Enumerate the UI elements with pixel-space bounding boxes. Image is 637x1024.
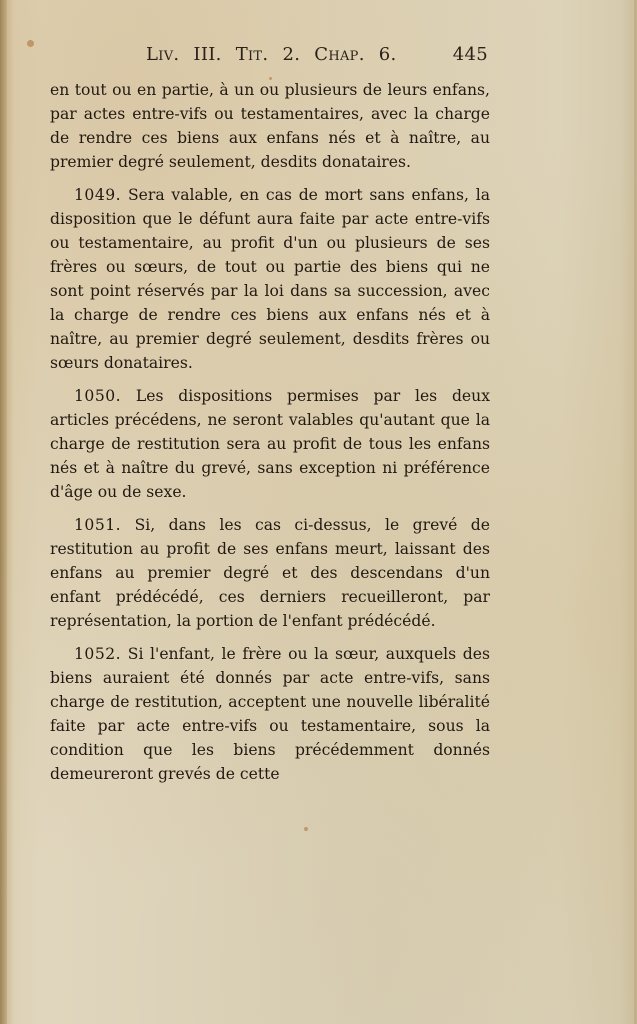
paragraph-text: en tout ou en partie, à un ou plusieurs … (50, 81, 490, 171)
article-number: 1050. (74, 387, 121, 405)
article-number: 1052. (74, 645, 121, 663)
article-text: Si l'enfant, le frère ou la sœur, auxque… (50, 645, 490, 783)
article-number: 1051. (74, 516, 121, 534)
article-1051: 1051. Si, dans les cas ci-dessus, le gre… (50, 513, 490, 633)
paragraph-continuation: en tout ou en partie, à un ou plusieurs … (50, 78, 490, 174)
book-page: Liv. III. Tit. 2. Chap. 6. 445 en tout o… (0, 0, 637, 1024)
article-1049: 1049. Sera valable, en cas de mort sans … (50, 183, 490, 375)
running-head: Liv. III. Tit. 2. Chap. 6. (146, 44, 397, 65)
article-text: Sera valable, en cas de mort sans enfans… (50, 186, 490, 372)
page-number: 445 (453, 44, 488, 65)
page-gutter-edge (0, 0, 7, 1024)
article-1052: 1052. Si l'enfant, le frère ou la sœur, … (50, 642, 490, 786)
article-1050: 1050. Les dispositions permises par les … (50, 384, 490, 504)
foxing-spot (27, 40, 34, 47)
running-header: Liv. III. Tit. 2. Chap. 6. 445 (146, 44, 488, 65)
article-number: 1049. (74, 186, 121, 204)
foxing-spot (304, 827, 308, 831)
body-text: en tout ou en partie, à un ou plusieurs … (50, 78, 490, 786)
